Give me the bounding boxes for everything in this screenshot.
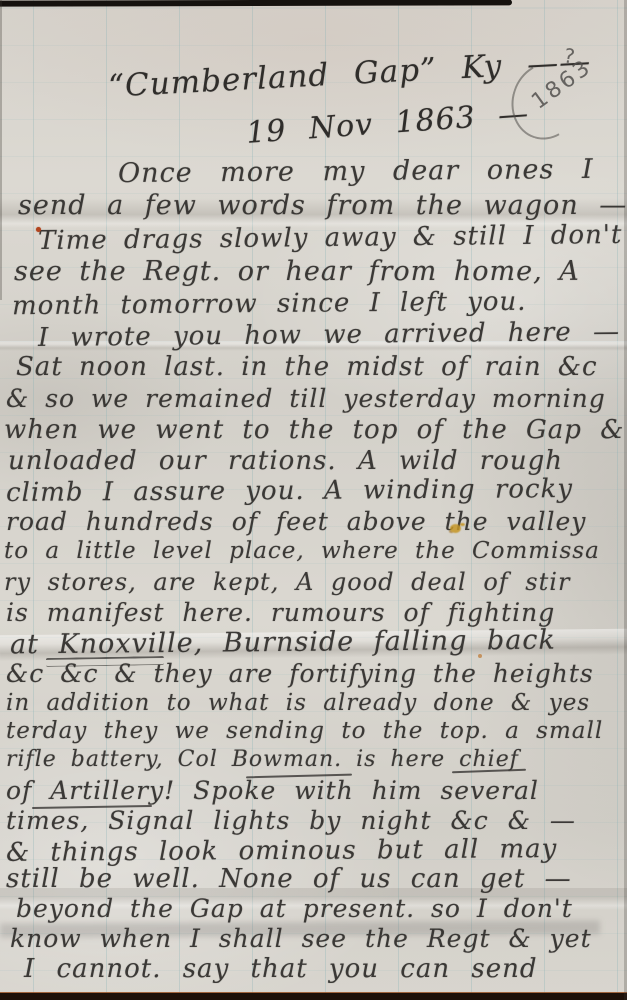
- letter-line: still be well. None of us can get —: [6, 864, 572, 894]
- letter-line: terday they we sending to the top. a sma…: [6, 718, 603, 744]
- letter-line: Sat noon last. in the midst of rain &c: [16, 352, 598, 382]
- letter-line: ry stores, are kept, A good deal of stir: [4, 568, 570, 596]
- letter-line: & so we remained till yesterday morning: [6, 384, 606, 413]
- letter-line: see the Regt. or hear from home, A: [14, 256, 580, 287]
- letter-line: I wrote you how we arrived here —: [38, 317, 620, 353]
- letter-line: &c &c & they are fortifying the heights: [6, 659, 594, 688]
- letter-line: unloaded our rations. A wild rough: [8, 446, 563, 476]
- letter-line: road hundreds of feet above the valley: [6, 507, 586, 536]
- letter-line: times, Signal lights by night &c & —: [6, 806, 576, 835]
- scan-edge-top: [0, 0, 512, 7]
- letter-line: when we went to the top of the Gap &: [4, 415, 624, 445]
- letter-line: rifle battery, Col Bowman. is here chief: [6, 747, 519, 772]
- letter-line: month tomorrow since I left you.: [12, 287, 527, 321]
- letter-line: at Knoxville, Burnside falling back: [10, 625, 556, 661]
- letter-line: & things look ominous but all may: [6, 834, 557, 868]
- letter-line: is manifest here. rumours of fighting: [6, 598, 555, 627]
- letter-page: “Cumberland Gap” Ky —— 19 Nov 1863 — ? 1…: [0, 0, 627, 1000]
- letter-line: beyond the Gap at present. so I don't: [16, 894, 573, 923]
- letter-line: to a little level place, where the Commi…: [4, 538, 600, 564]
- letter-line: know when I shall see the Regt & yet: [10, 924, 592, 953]
- letter-heading-date: 19 Nov 1863 —: [245, 96, 530, 151]
- letter-line: Once more my dear ones I: [118, 154, 594, 189]
- letter-line: I cannot. say that you can send: [24, 954, 537, 984]
- letter-line: send a few words from the wagon —: [18, 190, 627, 221]
- letter-line: climb I assure you. A winding rocky: [6, 474, 573, 508]
- letter-line: in addition to what is already done & ye…: [6, 690, 590, 716]
- letter-line: of Artillery! Spoke with him several: [6, 776, 539, 805]
- scan-edge-left: [0, 0, 2, 300]
- letter-heading-place: “Cumberland Gap” Ky ——: [107, 43, 592, 104]
- letter-line: Time drags slowly away & still I don't: [38, 220, 623, 256]
- scan-edge-bottom: [0, 993, 627, 1000]
